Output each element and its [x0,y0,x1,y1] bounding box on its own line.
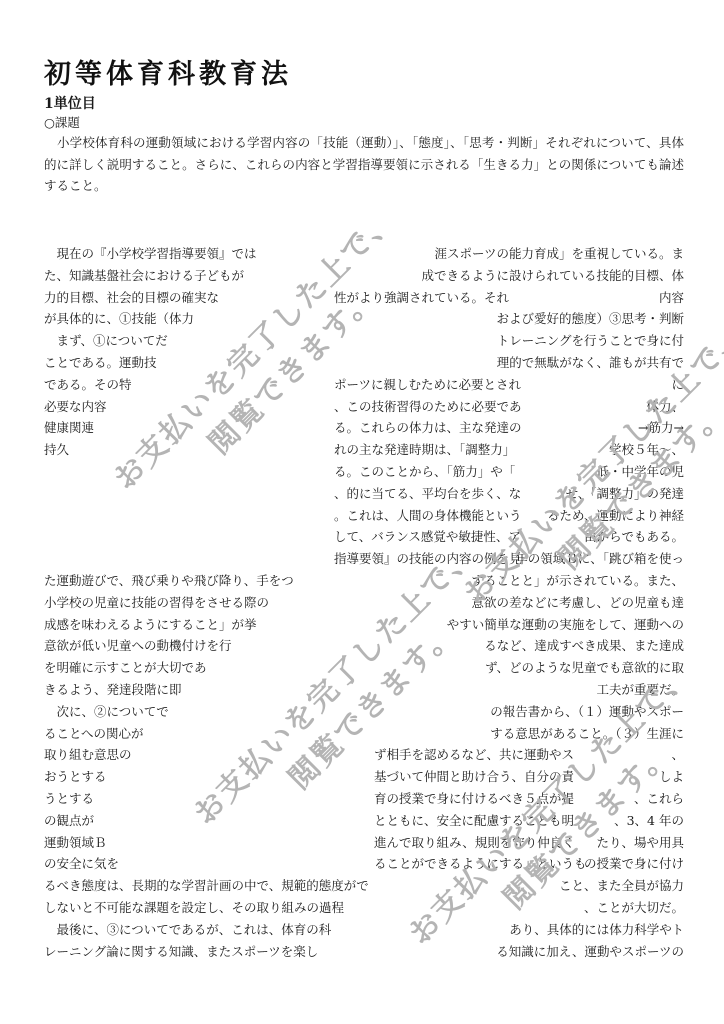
essay-line-left: が具体的に、①技能（体力 [44,308,194,329]
essay-line-right: 理的で無駄がなく、誰もが共有で [497,352,684,373]
essay-line: きるよう、発達段階に即工夫が重要だ。 [44,679,684,700]
essay-line-right: トレーニングを行うことで身に付 [497,330,684,351]
essay-line: るべき態度は、長期的な学習計画の中で、規範的態度がでこと、また全員が協力 [44,875,684,896]
essay-line: おうとするしよ基づいて仲間と助け合う、自分の責 [44,766,684,787]
essay-line-right: こと、また全員が協力 [559,875,684,896]
essay-line-left: おうとする [44,766,107,787]
essay-line-right-edge: 、3、4 年の [614,810,684,831]
essay-line: 意欲が低い児童への動機付けを行るなど、達成すべき成果、また達成 [44,635,684,656]
essay-line-right: することと」が示されている。また、 [471,570,684,591]
essay-line-middle: 育の授業で身に付けるべき５点が提 [374,788,574,809]
essay-line-middle: る。これらの体力は、主な発達の [334,417,522,438]
essay-line-middle: して、バランス感覚や敏捷性、ア [334,526,521,547]
essay-line-right-edge: せ、「調整力」の発達 [566,483,684,504]
essay-line-left: しないと不可能な課題を設定し、その取り組みの過程 [44,897,344,918]
essay-line: の観点が、3、4 年のとともに、安全に配慮することも明 [44,810,684,831]
essay-line-left: 意欲が低い児童への動機付けを行 [44,635,232,656]
essay-line: である。その特にポーツに親しむために必要とされ [44,374,684,395]
essay-line-left: ることへの関心が [44,723,144,744]
essay-line-right: 成できるように設けられている技能的目標、体 [421,265,684,286]
essay-line: 持久学校５年～、れの主な発達時期は、「調整力」 [44,439,684,460]
essay-line-left: 成感を味わえるようにすること」が挙 [44,614,257,635]
essay-line: を明確に示すことが大切であず、どのような児童でも意欲的に取 [44,657,684,678]
essay-line: ことである。運動技理的で無駄がなく、誰もが共有で [44,352,684,373]
essay-line: 次に、②についてでの報告書から、（１）運動やスポー [44,701,684,722]
assignment-heading: ○課題 [44,113,80,131]
essay-line-right: ず、どのような児童でも意欲的に取 [485,657,684,678]
essay-line-right-edge: →筋力→ [638,417,684,438]
essay-line-right: 工夫が重要だ。 [596,679,684,700]
essay-line-left: 小学校の児童に技能の習得をさせる際の [44,592,269,613]
unit-heading: 1単位目 [44,93,96,113]
essay-line-middle: ポーツに親しむために必要とされ [334,374,521,395]
essay-line-left: 次に、②についてで [44,701,169,722]
essay-line-right-edge: 、 [671,744,684,765]
document-title: 初等体育科教育法 [44,52,292,91]
essay-line-middle: れの主な発達時期は、「調整力」 [334,439,515,460]
essay-line-left: 持久 [44,439,69,460]
essay-line-middle: 性がより強調されている。それ [334,287,509,308]
essay-line-left: た、知識基盤社会における子どもが [44,265,244,286]
essay-line-left: の観点が [44,810,94,831]
essay-line: るため、運動により神経。これは、人間の身体機能という [44,505,684,526]
essay-line-right: る知識に加え、運動やスポーツの [496,941,684,962]
essay-line: しないと不可能な課題を設定し、その取り組みの過程、ことが大切だ。 [44,897,684,918]
essay-line-right: する意思があること。（３）生涯に [490,723,684,744]
essay-line-middle: とともに、安全に配慮することも明 [374,810,574,831]
essay-line-right-edge: 学校５年～、 [609,439,684,460]
essay-line-right: 意欲の差などに考慮し、どの児童も達 [471,592,684,613]
essay-line-middle: る。このことから、「筋力」や「 [334,461,515,482]
essay-line-middle: ることができるようにする」というも [374,853,587,874]
essay-line-right: の報告書から、（１）運動やスポー [490,701,684,722]
essay-line-left: 最後に、③についてであるが、これは、体育の科 [44,919,331,940]
essay-line-left: 現在の『小学校学習指導要領』では [44,243,257,264]
essay-line: 取り組む意思の、ず相手を認めるなど、共に運動やス [44,744,684,765]
essay-line: ることへの関心がする意思があること。（３）生涯に [44,723,684,744]
essay-line-right-edge: しよ [659,766,684,787]
essay-line-right: やすい簡単な運動の実施をして、運動への [447,614,684,635]
essay-line: 最後に、③についてであるが、これは、体育の科あり、具体的には体力科学やト [44,919,684,940]
essay-line: た運動遊びで、飛び乗りや飛び降り、手をつすることと」が示されている。また、 [44,570,684,591]
essay-line: うとする、これら育の授業で身に付けるべき５点が提 [44,788,684,809]
essay-line-left: 取り組む意思の [44,744,132,765]
essay-line-left: 力的目標、社会的目標の確実な [44,287,219,308]
essay-line-right: および愛好的態度）③思考・判断 [496,308,684,329]
essay-line-middle: 基づいて仲間と助け合う、自分の責 [374,766,574,787]
essay-line-right-edge: 年の領域Ｂに、「跳び箱を使っ [515,548,684,569]
essay-line-middle: ず相手を認めるなど、共に運動やス [374,744,574,765]
essay-line-right-edge: るため、運動により神経 [547,505,684,526]
essay-line-right-edge: 、これら [634,788,684,809]
essay-line-right: あり、具体的には体力科学やト [509,919,684,940]
essay-line-middle: 。これは、人間の身体機能という [334,505,522,526]
essay-line-middle: 進んで取り組み、規則を守り仲良く [374,832,575,853]
essay-line: が具体的に、①技能（体力および愛好的態度）③思考・判断 [44,308,684,329]
essay-line: まず、①についてだトレーニングを行うことで身に付 [44,330,684,351]
essay-line: 年の領域Ｂに、「跳び箱を使っ指導要領』の技能の内容の例を見 [44,548,684,569]
essay-line: 低・中学年の児る。このことから、「筋力」や「 [44,461,684,482]
essay-line: レーニング論に関する知識、またスポーツを楽しる知識に加え、運動やスポーツの [44,941,684,962]
essay-line: の安全に気をの授業で身に付けることができるようにする」というも [44,853,684,874]
essay-line-right-edge: 内容 [659,287,684,308]
essay-line-right-edge: たり、場や用具 [596,832,684,853]
essay-line-left: きるよう、発達段階に即 [44,679,182,700]
essay-line-left: 運動領域Ｂ [44,832,107,853]
essay-line-right-edge: 体力、 [646,396,684,417]
essay-line-left: である。その特 [44,374,132,395]
essay-line-middle: 、的に当てる、平均台を歩く、な [334,483,521,504]
essay-line-left: うとする [44,788,94,809]
essay-line-left: 健康関連 [44,417,94,438]
essay-line: せ、「調整力」の発達、的に当てる、平均台を歩く、な [44,483,684,504]
assignment-text: 小学校体育科の運動領域における学習内容の「技能（運動）」、「態度」、「思考・判断… [44,132,684,197]
essay-line-left: 必要な内容 [44,396,107,417]
essay-line-left: ことである。運動技 [44,352,157,373]
essay-line-left: の安全に気を [44,853,119,874]
essay-line: 成感を味わえるようにすること」が挙やすい簡単な運動の実施をして、運動への [44,614,684,635]
essay-line-left: まず、①についてだ [44,330,168,351]
essay-line: 小学校の児童に技能の習得をさせる際の意欲の差などに考慮し、どの児童も達 [44,592,684,613]
essay-line: 運動領域Ｂたり、場や用具進んで取り組み、規則を守り仲良く [44,832,684,853]
essay-line-left: た運動遊びで、飛び乗りや飛び降り、手をつ [44,570,294,591]
essay-line-right-edge: の授業で身に付け [584,853,684,874]
essay-line-middle: 指導要領』の技能の内容の例を見 [334,548,522,569]
essay-line-middle: 、この技術習得のために必要であ [334,396,522,417]
essay-line-right: 、ことが大切だ。 [584,897,684,918]
essay-line-left: を明確に示すことが大切であ [44,657,207,678]
essay-line-right: 涯スポーツの能力育成」を重視している。ま [434,243,684,264]
essay-line-right: るなど、達成すべき成果、また達成 [484,635,684,656]
essay-line-left: レーニング論に関する知識、またスポーツを楽し [44,941,318,962]
essay-line: 健康関連→筋力→る。これらの体力は、主な発達の [44,417,684,438]
essay-line: 現在の『小学校学習指導要領』では涯スポーツの能力育成」を重視している。ま [44,243,684,264]
essay-line-right-edge: 由からでもある。 [584,526,684,547]
essay-line: 力的目標、社会的目標の確実な内容性がより強調されている。それ [44,287,684,308]
essay-line-right-edge: に [671,374,684,395]
essay-line-left: るべき態度は、長期的な学習計画の中で、規範的態度がで [44,875,369,896]
essay-line: た、知識基盤社会における子どもが成できるように設けられている技能的目標、体 [44,265,684,286]
essay-line: 必要な内容体力、、この技術習得のために必要であ [44,396,684,417]
essay-line-right-edge: 低・中学年の児 [596,461,684,482]
essay-line: 由からでもある。して、バランス感覚や敏捷性、ア [44,526,684,547]
